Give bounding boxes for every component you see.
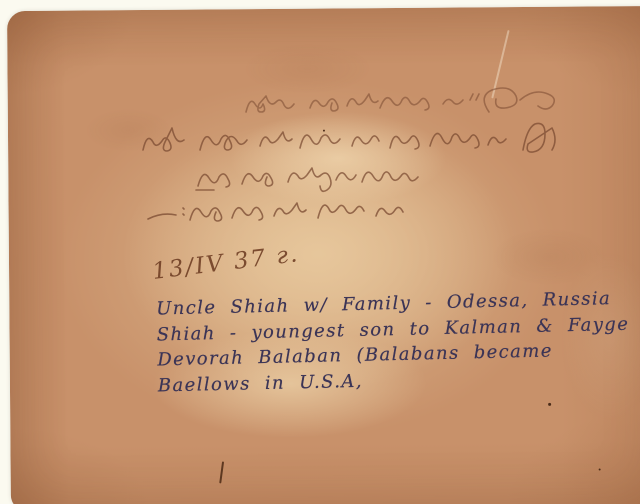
paper-scratch <box>491 30 509 99</box>
paper-speck <box>548 403 551 406</box>
paper-crack <box>219 461 224 483</box>
paper-speck <box>323 130 325 132</box>
photo-back-card <box>7 6 640 504</box>
paper-speck <box>599 468 601 470</box>
caption-block: Uncle Shiah w/ Family - Odessa, Russia S… <box>156 286 638 399</box>
